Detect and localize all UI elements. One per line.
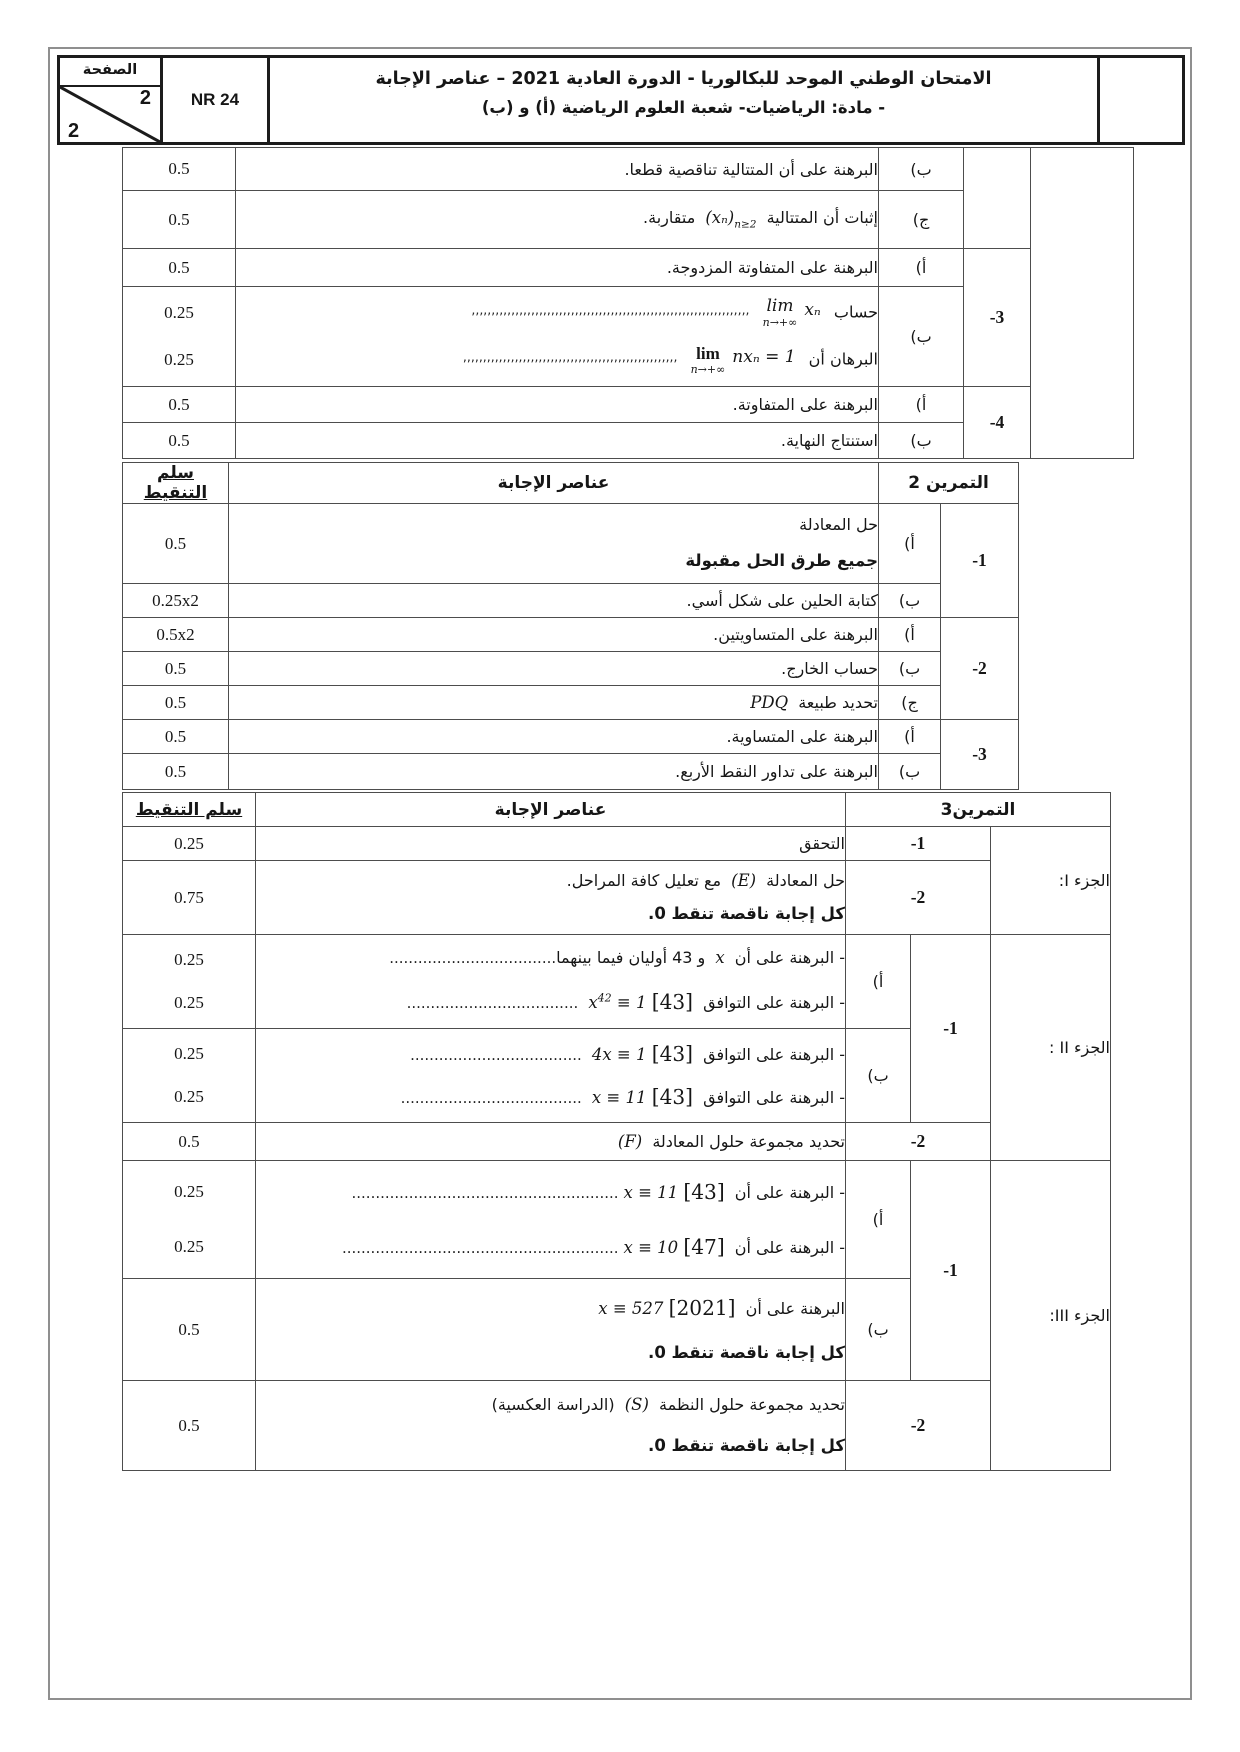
page-current: 2 [140,87,151,110]
letter-cell: أ) [879,720,941,754]
congruence-expression: 4x ≡ 1 [43] [592,1039,693,1069]
math-relation: x ≡ 10 [624,1238,679,1257]
score-cell: 0.25 0.25 [123,1029,256,1123]
letter-cell: ب) [879,754,941,790]
answer-line: - البرهنة على التوافق 4x ≡ 1 [43] ......… [256,1039,845,1069]
score-value: 0.25 [174,993,204,1013]
lim-word: lim [696,345,720,362]
score-cell: 0.5 [123,652,229,686]
answer-text: - البرهنة على التوافق [703,1045,845,1064]
answer-text: حساب الخارج. [781,659,878,678]
number-cell: 2- [846,1123,991,1161]
answer-lines: حساب limn→+∞xₙ ,,,,,,,,,,,,,,,,,,,,,,,,,… [236,290,878,384]
answer-cell: - البرهنة على أن x ≡ 11 [43]............… [256,1161,846,1279]
answer-text: و 43 أوليان فيما بينهما [556,948,705,967]
answer-elements-header: عناصر الإجابة [229,463,879,504]
number-cell: 4- [964,387,1031,459]
table-header-row: التمرين3 عناصر الإجابة سلم التنقيط [123,793,1111,827]
answer-lines: تحديد مجموعة حلول النظمة (S) (الدراسة ال… [256,1385,845,1467]
answer-cell: حساب الخارج. [229,652,879,686]
number-cell: 1- [846,827,991,861]
answer-line: - البرهنة على التوافق x ≡ 11 [43] ......… [256,1082,845,1112]
answer-line: تحديد مجموعة حلول النظمة (S) (الدراسة ال… [256,1393,845,1418]
answer-line: حل المعادلة (E) مع تعليل كافة المراحل. [256,869,845,894]
letter-cell: ب) [879,148,964,191]
exam-reference-box: NR 24 [160,55,270,145]
answer-note: كل إجابة ناقصة تنقط 0. [256,902,845,927]
score-cell: 0.5x2 [123,618,229,652]
page-fraction: 2 2 [60,87,160,142]
letter-cell: ب) [879,584,941,618]
answer-text: - البرهنة على التوافق [703,993,845,1012]
lim-subscript: n→+∞ [763,317,798,328]
modulus-bracket: [2021] [669,1296,736,1320]
answer-note: كل إجابة ناقصة تنقط 0. [256,1434,845,1459]
number-cell: 2- [941,618,1019,720]
page-label: الصفحة [60,58,160,87]
score-cell: 0.5 [123,504,229,584]
empty-number-cell [964,148,1031,249]
dots-filler: ,,,,,,,,,,,,,,,,,,,,,,,,,,,,,,,,,,,,,,,,… [463,349,678,364]
answer-text: - البرهنة على أن [735,1238,845,1257]
math-expression: (S) [625,1393,649,1418]
header: الصفحة 2 2 NR 24 الامتحان الوطني الموحد … [57,55,1185,145]
math-expression: (F) [618,1132,642,1151]
score-cell: 0.5 [123,191,236,249]
answer-line: - البرهنة على أن x ≡ 10 [47]............… [256,1232,845,1262]
answer-note: كل إجابة ناقصة تنقط 0. [256,1341,845,1366]
math-relation: x ≡ 11 [592,1088,647,1107]
table-row: الجزء II : 1- أ) - البرهنة على أن x و 43… [123,935,1111,1029]
exercise-title-header: التمرين3 [846,793,1111,827]
table-row: ب) حساب الخارج. 0.5 [123,652,1019,686]
answer-text: - البرهنة على أن [735,1183,845,1202]
math-relation: x ≡ 527 [598,1299,663,1318]
dots-filler: .................................... [410,1046,582,1064]
math-relation: x ≡ 11 [624,1183,679,1202]
table-row: ب) كتابة الحلين على شكل أسي. 0.25x2 [123,584,1019,618]
exercise3-table: التمرين3 عناصر الإجابة سلم التنقيط الجزء… [122,792,1111,1471]
answer-text: البرهنة على تداور النقط الأربع. [675,762,878,781]
math-subscript: n≥2 [734,219,756,231]
score-cell: 0.25x2 [123,584,229,618]
score-scale-header: سلم التنقيط [123,793,256,827]
exercise-spacer-cell [1031,148,1134,459]
score-cell: 0.75 [123,861,256,935]
score-cell: 0.25 0.25 [123,1161,256,1279]
table-row: ج) تحديد طبيعة PDQ 0.5 [123,686,1019,720]
answer-line: البرهنة على أن x ≡ 527 [2021] [256,1293,845,1323]
answer-text: البرهنة على المتساوية. [726,727,878,746]
table-row: 2- حل المعادلة (E) مع تعليل كافة المراحل… [123,861,1111,935]
letter-cell: أ) [879,504,941,584]
letter-cell: ب) [846,1029,911,1123]
score-cell: 0.5 [123,148,236,191]
answer-cell: البرهنة على المتساوية. [229,720,879,754]
letter-cell: ب) [879,423,964,459]
number-cell: 1- [911,935,991,1123]
score-cell: 0.5 [123,387,236,423]
answer-cell: تحديد مجموعة حلول النظمة (S) (الدراسة ال… [256,1381,846,1471]
score-value: 0.25 [174,950,204,970]
score-values: 0.25 0.25 [123,1033,255,1119]
page-number-box: الصفحة 2 2 [57,55,163,145]
answer-cell: البرهنة على المتفاوتة. [236,387,879,423]
answer-text: التحقق [799,834,845,853]
header-empty-box [1097,55,1185,145]
congruence-expression: x ≡ 11 [43] [592,1082,693,1112]
answer-text: متقاربة. [643,208,695,227]
answer-lines: - البرهنة على أن x و 43 أوليان فيما بينه… [256,939,845,1025]
answer-text: حساب [834,303,878,322]
score-value: 0.25 [174,1087,204,1107]
answer-line: - البرهنة على التوافق x42 ≡ 1 [43] .....… [256,987,845,1017]
congruence-expression: x ≡ 11 [43] [624,1177,725,1207]
letter-cell: ب) [879,652,941,686]
score-cell: 0.5 [123,1279,256,1381]
letter-cell: أ) [846,1161,911,1279]
score-cell: 0.25 [123,827,256,861]
dots-filler: ................................... [389,949,556,967]
score-cell: 0.5 [123,754,229,790]
answer-line: حساب limn→+∞xₙ ,,,,,,,,,,,,,,,,,,,,,,,,,… [236,298,878,328]
answer-cell: إثبات أن المتتالية (xₙ)n≥2 متقاربة. [236,191,879,249]
score-cell: 0.25 0.25 [123,287,236,387]
math-relation: ≡ 1 [617,993,647,1012]
letter-cell: أ) [846,935,911,1029]
answer-elements-header: عناصر الإجابة [256,793,846,827]
number-cell: 2- [846,1381,991,1471]
answer-cell: البرهنة على تداور النقط الأربع. [229,754,879,790]
title-box: الامتحان الوطني الموحد للبكالوريا - الدو… [267,55,1100,145]
part-cell: الجزء I: [991,827,1111,935]
page-total: 2 [68,120,79,143]
answer-text: تحديد طبيعة [798,693,878,712]
table-row: 2- تحديد مجموعة حلول النظمة (S) (الدراسة… [123,1381,1111,1471]
letter-cell: ب) [846,1279,911,1381]
score-value: 0.25 [164,303,194,323]
answer-cell: حل المعادلة (E) مع تعليل كافة المراحل. ك… [256,861,846,935]
dots-filler: .................................... [407,994,579,1012]
letter-cell: أ) [879,618,941,652]
modulus-bracket: [47] [683,1235,724,1259]
exercise1-table: ب) البرهنة على أن المتتالية تناقصية قطعا… [122,147,1134,459]
answer-text: البرهنة على أن المتتالية تناقصية قطعا. [624,160,878,179]
score-value: 0.25 [174,1044,204,1064]
score-values: 0.25 0.25 [123,939,255,1025]
answer-text: - البرهنة على أن [735,948,845,967]
part-cell: الجزء II : [991,935,1111,1161]
exam-reference: NR 24 [191,90,239,110]
answer-cell: التحقق [256,827,846,861]
congruence-expression: x ≡ 527 [2021] [598,1293,735,1323]
modulus-bracket: [43] [652,1085,693,1109]
answer-text: تحديد مجموعة حلول المعادلة [652,1132,845,1151]
score-cell: 0.5 [123,1381,256,1471]
part-cell: الجزء III: [991,1161,1111,1471]
answer-cell: حساب limn→+∞xₙ ,,,,,,,,,,,,,,,,,,,,,,,,,… [236,287,879,387]
answer-text: (الدراسة العكسية) [492,1395,615,1414]
table-row: الجزء III: 1- أ) - البرهنة على أن x ≡ 11… [123,1161,1111,1279]
table-row: 2- أ) البرهنة على المتساويتين. 0.5x2 [123,618,1019,652]
answer-cell: - البرهنة على التوافق 4x ≡ 1 [43] ......… [256,1029,846,1123]
score-cell: 0.5 [123,423,236,459]
math-base: x [588,993,597,1012]
answer-cell: البرهنة على المتفاوتة المزدوجة. [236,249,879,287]
answer-line: - البرهنة على أن x و 43 أوليان فيما بينه… [256,946,845,971]
number-cell: 3- [941,720,1019,790]
math-expression: (E) [731,869,756,894]
exam-title: الامتحان الوطني الموحد للبكالوريا - الدو… [270,69,1097,89]
answer-text: إثبات أن المتتالية [767,208,878,227]
answer-lines: - البرهنة على التوافق 4x ≡ 1 [43] ......… [256,1033,845,1119]
table-row: 1- أ) حل المعادلة جميع طرق الحل مقبولة 0… [123,504,1019,584]
answer-lines: البرهنة على أن x ≡ 527 [2021] كل إجابة ن… [256,1284,845,1376]
congruence-expression: x ≡ 10 [47] [624,1232,725,1262]
answer-cell: تحديد طبيعة PDQ [229,686,879,720]
answer-cell: البرهنة على أن x ≡ 527 [2021] كل إجابة ن… [256,1279,846,1381]
answer-cell: تحديد مجموعة حلول المعادلة (F) [256,1123,846,1161]
score-cell: 0.5 [123,686,229,720]
modulus-bracket: [43] [683,1180,724,1204]
score-cell: 0.5 [123,720,229,754]
modulus-bracket: [43] [652,990,693,1014]
answer-cell: - البرهنة على أن x و 43 أوليان فيما بينه… [256,935,846,1029]
letter-cell: أ) [879,249,964,287]
answer-cell: استنتاج النهاية. [236,423,879,459]
score-value: 0.25 [174,1237,204,1257]
dots-filler: ........................................… [352,1184,619,1202]
math-expression: (xₙ) [705,208,734,227]
answer-text: استنتاج النهاية. [781,431,878,450]
sequence-notation: (xₙ)n≥2 [705,208,756,230]
answer-cell: حل المعادلة جميع طرق الحل مقبولة [229,504,879,584]
score-scale-header: سلم التنقيط [123,463,229,504]
dots-filler: ........................................… [342,1239,619,1257]
limit-notation: limn→+∞xₙ [763,298,821,328]
math-exponent: 42 [598,991,612,1004]
answer-text: البرهنة على المتفاوتة. [733,395,878,414]
answer-cell: البرهنة على أن المتتالية تناقصية قطعا. [236,148,879,191]
limit-notation: limn→+∞nxₙ = 1 [691,345,796,375]
answer-text: البرهنة على أن [746,1299,845,1318]
answer-text: البرهنة على المتفاوتة المزدوجة. [667,258,878,277]
score-cell: 0.5 [123,249,236,287]
exercise2-table: التمرين 2 عناصر الإجابة سلم التنقيط 1- أ… [122,462,1019,790]
table-row: 4- أ) البرهنة على المتفاوتة. 0.5 [123,387,1134,423]
table-row: الجزء I: 1- التحقق 0.25 [123,827,1111,861]
math-expression: x [715,946,724,971]
score-cell: 0.25 0.25 [123,935,256,1029]
congruence-expression: x42 ≡ 1 [43] [588,987,693,1017]
dots-filler: ,,,,,,,,,,,,,,,,,,,,,,,,,,,,,,,,,,,,,,,,… [471,302,749,317]
score-values: 0.25 0.25 [123,290,235,384]
table-row: ب) البرهنة على تداور النقط الأربع. 0.5 [123,754,1019,790]
answer-text: كتابة الحلين على شكل أسي. [687,591,878,610]
letter-cell: ج) [879,686,941,720]
table-row: 3- أ) البرهنة على المتفاوتة المزدوجة. 0.… [123,249,1134,287]
score-value: 0.25 [164,350,194,370]
dots-filler: ...................................... [401,1089,582,1107]
lim-subscript: n→+∞ [691,364,726,375]
exam-subject: - مادة: الرياضيات- شعبة العلوم الرياضية … [270,98,1097,117]
answer-text: تحديد مجموعة حلول النظمة [659,1395,845,1414]
answer-line: البرهان أن limn→+∞nxₙ = 1 ,,,,,,,,,,,,,,… [236,345,878,375]
number-cell: 3- [964,249,1031,387]
answer-lines: حل المعادلة جميع طرق الحل مقبولة [229,508,878,580]
answer-text: - البرهنة على التوافق [703,1088,845,1107]
answer-text: البرهنة على المتساويتين. [713,625,878,644]
letter-cell: ج) [879,191,964,249]
lim-word: lim [766,298,793,315]
table-row: 3- أ) البرهنة على المتساوية. 0.5 [123,720,1019,754]
answer-cell: كتابة الحلين على شكل أسي. [229,584,879,618]
answer-cell: البرهنة على المتساويتين. [229,618,879,652]
score-cell: 0.5 [123,1123,256,1161]
answer-line: - البرهنة على أن x ≡ 11 [43]............… [256,1177,845,1207]
table-row: 2- تحديد مجموعة حلول المعادلة (F) 0.5 [123,1123,1111,1161]
number-cell: 1- [941,504,1019,618]
answer-lines: - البرهنة على أن x ≡ 11 [43]............… [256,1165,845,1275]
math-expression: PDQ [750,693,788,712]
number-cell: 1- [911,1161,991,1381]
modulus-bracket: [43] [652,1042,693,1066]
letter-cell: أ) [879,387,964,423]
table-row: ب) البرهنة على أن المتتالية تناقصية قطعا… [123,148,1134,191]
lim-expression: nxₙ = 1 [732,345,795,371]
exercise-title-header: التمرين 2 [879,463,1019,504]
number-cell: 2- [846,861,991,935]
math-relation: 4x ≡ 1 [592,1045,647,1064]
score-values: 0.25 0.25 [123,1165,255,1275]
answer-note: جميع طرق الحل مقبولة [229,549,878,574]
table-header-row: التمرين 2 عناصر الإجابة سلم التنقيط [123,463,1019,504]
lim-expression: xₙ [804,298,820,324]
answer-text: البرهان أن [809,350,878,369]
answer-line: حل المعادلة [229,513,878,537]
answer-lines: حل المعادلة (E) مع تعليل كافة المراحل. ك… [256,865,845,931]
score-value: 0.25 [174,1182,204,1202]
answer-text: مع تعليل كافة المراحل. [567,871,721,890]
letter-cell: ب) [879,287,964,387]
answer-text: حل المعادلة [766,871,845,890]
